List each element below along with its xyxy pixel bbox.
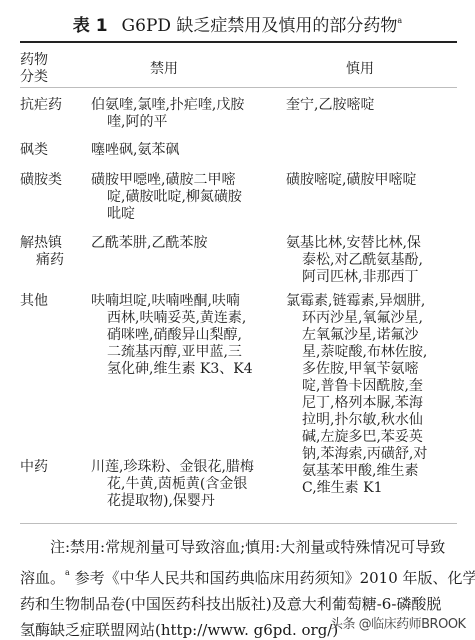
category-line: 中药 (20, 459, 82, 476)
banned-line: 氢化砷,维生素 K3、K4 (91, 361, 269, 378)
banned-line: 花提取物),保婴丹 (91, 493, 269, 510)
caution-line: 磺胺嘧啶,磺胺甲嘧啶 (286, 172, 448, 189)
header-caution: 慎用 (346, 61, 374, 78)
row-category-cell: 砜类 (20, 142, 82, 159)
note-line: 注:禁用:常规剂量可导致溶血;慎用:大剂量或特殊情况可导致 (20, 534, 458, 560)
banned-line: 啶,磺胺吡啶,柳氮磺胺 (91, 189, 269, 206)
row-category-cell: 抗疟药 (20, 97, 82, 114)
caution-line: 氯霉素,链霉素,异烟肼, (286, 293, 448, 310)
caution-line: 环丙沙星,氧氟沙星, (286, 310, 448, 327)
caution-line: 拉明,扑尔敏,秋水仙 (286, 412, 448, 429)
row-category-cell: 中药 (20, 459, 82, 476)
banned-line: 硝咪唑,硝酸异山梨醇, (91, 327, 269, 344)
caution-line: 左氧氟沙星,诺氟沙 (286, 327, 448, 344)
row-caution-cell: 磺胺嘧啶,磺胺甲嘧啶 (286, 172, 448, 189)
row-category-cell: 解热镇痛药 (20, 235, 82, 269)
row-category-cell: 其他 (20, 293, 82, 310)
caution-line: C,维生素 K1 (286, 480, 448, 497)
banned-line: 花,牛黄,茵栀黄(含金银 (91, 476, 269, 493)
banned-line: 吡啶 (91, 206, 269, 223)
caution-line: 氨基苯甲酸,维生素 (286, 463, 448, 480)
caution-line: 氨基比林,安替比林,保 (286, 235, 448, 252)
table-bottom-rule (20, 523, 457, 524)
row-caution-cell: 氯霉素,链霉素,异烟肼,环丙沙星,氧氟沙星,左氧氟沙星,诺氟沙星,萘啶酸,布林佐… (286, 293, 448, 497)
banned-line: 川莲,珍珠粉、金银花,腊梅 (91, 459, 269, 476)
category-line: 抗疟药 (20, 97, 82, 114)
banned-line: 磺胺甲噁唑,磺胺二甲嘧 (91, 172, 269, 189)
banned-line: 乙酰苯肼,乙酰苯胺 (91, 235, 269, 252)
note-text: 溶血。 (20, 569, 65, 587)
row-banned-cell: 川莲,珍珠粉、金银花,腊梅花,牛黄,茵栀黄(含金银花提取物),保婴丹 (91, 459, 269, 510)
row-caution-cell: 氨基比林,安替比林,保泰松,对乙酰氨基酚,阿司匹林,非那西丁 (286, 235, 448, 286)
header-rule (20, 87, 457, 88)
banned-line: 二巯基丙醇,亚甲蓝,三 (91, 344, 269, 361)
row-banned-cell: 呋喃坦啶,呋喃唑酮,呋喃西林,呋喃妥英,黄连素,硝咪唑,硝酸异山梨醇,二巯基丙醇… (91, 293, 269, 378)
row-banned-cell: 乙酰苯肼,乙酰苯胺 (91, 235, 269, 252)
row-banned-cell: 噻唑砜,氨苯砜 (91, 142, 269, 159)
banned-line: 伯氨喹,氯喹,扑疟喹,戊胺 (91, 97, 269, 114)
caution-line: 泰松,对乙酰氨基酚, (286, 252, 448, 269)
table-number: 表 1 (73, 16, 108, 36)
category-line: 其他 (20, 293, 82, 310)
row-banned-cell: 伯氨喹,氯喹,扑疟喹,戊胺喹,阿的平 (91, 97, 269, 131)
header-category-line: 分类 (20, 69, 82, 86)
category-line: 磺胺类 (20, 172, 82, 189)
header-banned: 禁用 (150, 61, 178, 78)
banned-line: 呋喃坦啶,呋喃唑酮,呋喃 (91, 293, 269, 310)
header-category-line: 药物 (20, 52, 82, 69)
header-category: 药物 分类 (20, 52, 82, 86)
caution-line: 多佐胺,甲氧苄氨嘧 (286, 361, 448, 378)
table-title: 表 1G6PD 缺乏症禁用及慎用的部分药物a (0, 10, 475, 37)
note-line: 溶血。a 参考《中华人民共和国药典临床用药须知》2010 年版、化学 (20, 560, 458, 591)
note-text: 参考《中华人民共和国药典临床用药须知》2010 年版、化学 (75, 569, 475, 587)
title-footnote-mark: a (397, 16, 402, 25)
caution-line: 碱,左旋多巴,苯妥英 (286, 429, 448, 446)
watermark: 头条 @临床药师BROOK (330, 613, 466, 632)
caution-line: 星,萘啶酸,布林佐胺, (286, 344, 448, 361)
table-title-text: G6PD 缺乏症禁用及慎用的部分药物 (122, 16, 398, 36)
caution-line: 阿司匹林,非那西丁 (286, 269, 448, 286)
caution-line: 尼丁,格列本脲,苯海 (286, 395, 448, 412)
note-footnote-mark: a (65, 568, 70, 577)
row-banned-cell: 磺胺甲噁唑,磺胺二甲嘧啶,磺胺吡啶,柳氮磺胺吡啶 (91, 172, 269, 223)
category-line: 解热镇 (20, 235, 82, 252)
row-caution-cell: 奎宁,乙胺嘧啶 (286, 97, 448, 114)
category-line: 砜类 (20, 142, 82, 159)
category-line: 痛药 (20, 252, 82, 269)
banned-line: 噻唑砜,氨苯砜 (91, 142, 269, 159)
caution-line: 钠,苯海索,丙磺舒,对 (286, 446, 448, 463)
table-top-rule (20, 41, 457, 43)
caution-line: 奎宁,乙胺嘧啶 (286, 97, 448, 114)
banned-line: 西林,呋喃妥英,黄连素, (91, 310, 269, 327)
caution-line: 啶,普鲁卡因酰胺,奎 (286, 378, 448, 395)
row-category-cell: 磺胺类 (20, 172, 82, 189)
banned-line: 喹,阿的平 (91, 114, 269, 131)
